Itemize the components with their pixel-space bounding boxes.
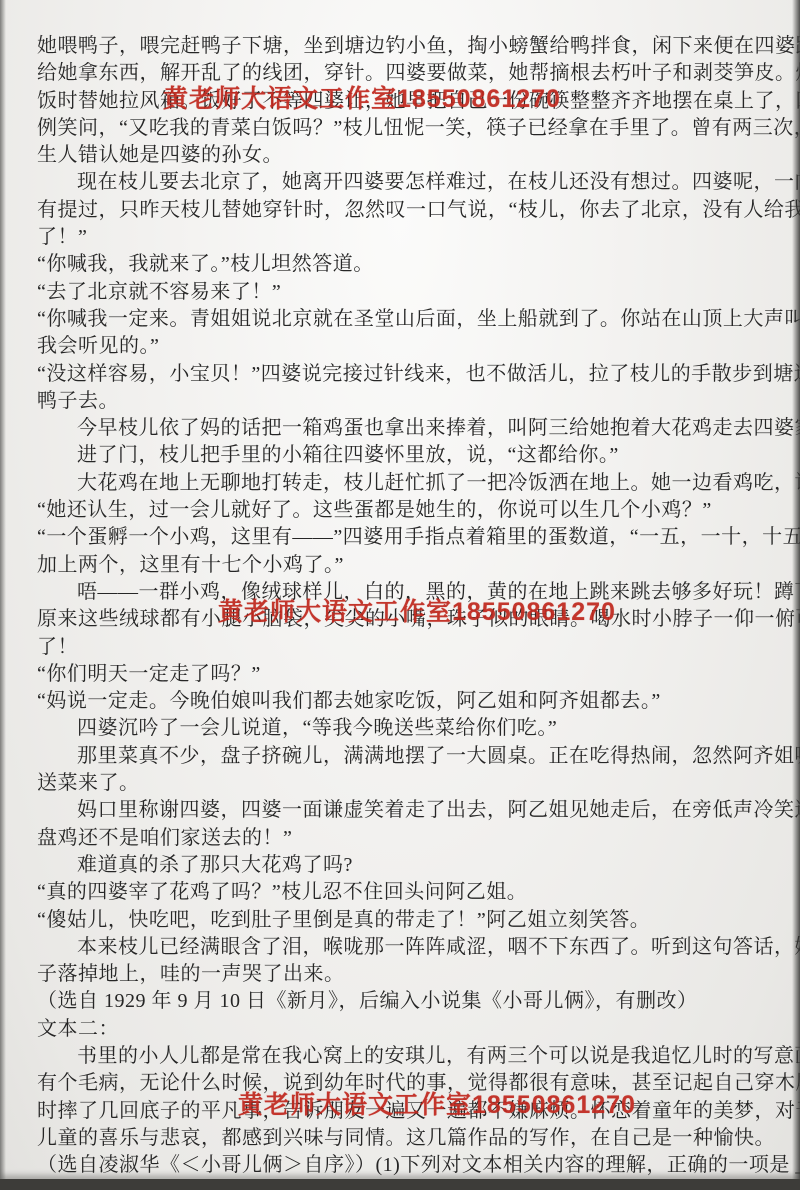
photographed-exam-page: 她喂鸭子，喂完赶鸭子下塘，坐到塘边钓小鱼，掏小螃蟹给鸭拌食，闲下来便在四婆跟前，… bbox=[0, 0, 800, 1190]
photo-edge-left bbox=[0, 0, 6, 1190]
text-line: 大花鸡在地上无聊地打转走，枝儿赶忙抓了一把冷饭洒在地上。她一边看鸡吃，说道， bbox=[37, 470, 772, 497]
text-line: （选自凌淑华《＜小哥儿俩＞自序》）(1)下列对文本相关内容的理解，正确的一项是 … bbox=[37, 1152, 772, 1179]
text-line: 儿童的喜乐与悲哀，都感到兴味与同情。这几篇作品的写作，在自己是一种愉快。 bbox=[37, 1125, 772, 1152]
text-line: 难道真的杀了那只大花鸡了吗? bbox=[37, 852, 772, 879]
photo-edge-right bbox=[792, 0, 800, 1190]
text-line: “你喊我一定来。青姐姐说北京就在圣堂山后面，坐上船就到了。你站在山顶上大声叫我， bbox=[37, 306, 772, 333]
photo-edge-bottom bbox=[0, 1179, 800, 1190]
text-line: 进了门，枝儿把手里的小箱往四婆怀里放，说，“这都给你。” bbox=[37, 442, 772, 469]
text-line: “没这样容易，小宝贝！”四婆说完接过针线来，也不做活儿，拉了枝儿的手散步到塘边看 bbox=[37, 361, 772, 388]
text-line: （选自 1929 年 9 月 10 日《新月》，后编入小说集《小哥儿俩》，有删改… bbox=[37, 988, 772, 1015]
text-line: 送菜来了。 bbox=[37, 770, 772, 797]
text-line: 盘鸡还不是咱们家送去的！” bbox=[37, 825, 772, 852]
text-line: 我会听见的。” bbox=[37, 333, 772, 360]
teacher-watermark: 黄老师大语文工作室18550861270 bbox=[163, 79, 561, 115]
text-line: 文本二： bbox=[37, 1016, 772, 1043]
text-line: “她还认生，过一会儿就好了。这些蛋都是她生的，你说可以生几个小鸡？” bbox=[37, 497, 772, 524]
text-line: 现在枝儿要去北京了，她离开四婆要怎样难过，在枝儿还没有想过。四婆呢，一向也没 bbox=[37, 169, 772, 196]
text-line: “妈说一定走。今晚伯娘叫我们都去她家吃饭，阿乙姐和阿齐姐都去。” bbox=[37, 688, 772, 715]
text-line: 加上两个，这里有十七个小鸡了。” bbox=[37, 552, 772, 579]
text-line: 有提过，只昨天枝儿替她穿针时，忽然叹一口气说，“枝儿，你去了北京，没有人给我穿针 bbox=[37, 197, 772, 224]
teacher-watermark: 黄老师大语文工作室18550861270 bbox=[238, 1085, 636, 1121]
text-line: 例笑问，“又吃我的青菜白饭吗？”枝儿忸怩一笑，筷子已经拿在手里了。曾有两三次，被 bbox=[37, 115, 772, 142]
text-line: 本来枝儿已经满眼含了泪，喉咙那一阵阵咸涩，咽不下东西了。听到这句答话，她的筷 bbox=[37, 934, 772, 961]
text-line: “你喊我，我就来了。”枝儿坦然答道。 bbox=[37, 251, 772, 278]
text-line: “真的四婆宰了花鸡了吗？”枝儿忍不住回头问阿乙姐。 bbox=[37, 879, 772, 906]
text-line: 四婆沉吟了一会儿说道，“等我今晚送些菜给你们吃。” bbox=[37, 715, 772, 742]
text-line: 那里菜真不少，盘子挤碗儿，满满地摆了一大圆桌。正在吃得热闹，忽然阿齐姐喊四婆 bbox=[37, 743, 772, 770]
text-line: 今早枝儿依了妈的话把一箱鸡蛋也拿出来捧着，叫阿三给她抱着大花鸡走去四婆家。 bbox=[37, 415, 772, 442]
text-line: 书里的小人儿都是常在我心窝上的安琪儿，有两三个可以说是我追忆儿时的写意画。我 bbox=[37, 1043, 772, 1070]
text-line: 生人错认她是四婆的孙女。 bbox=[37, 142, 772, 169]
text-line: 妈口里称谢四婆，四婆一面谦虚笑着走了出去，阿乙姐见她走后，在旁低声冷笑道。“那 bbox=[37, 797, 772, 824]
teacher-watermark: 黄老师大语文工作室18550861270 bbox=[218, 592, 616, 628]
text-line: “你们明天一定走了吗？” bbox=[37, 661, 772, 688]
text-line: 子落掉地上，哇的一声哭了出来。 bbox=[37, 961, 772, 988]
text-line: “去了北京就不容易来了！” bbox=[37, 279, 772, 306]
text-line: “傻姑儿，快吃吧，吃到肚子里倒是真的带走了！”阿乙姐立刻笑答。 bbox=[37, 907, 772, 934]
text-line: 了！ bbox=[37, 634, 772, 661]
text-line: 鸭子去。 bbox=[37, 388, 772, 415]
text-line: 她喂鸭子，喂完赶鸭子下塘，坐到塘边钓小鱼，掏小螃蟹给鸭拌食，闲下来便在四婆跟前， bbox=[37, 33, 772, 60]
text-line: “一个蛋孵一个小鸡，这里有——”四婆用手指点着箱里的蛋数道，“一五，一十，十五， bbox=[37, 524, 772, 551]
text-line: 了！” bbox=[37, 224, 772, 251]
